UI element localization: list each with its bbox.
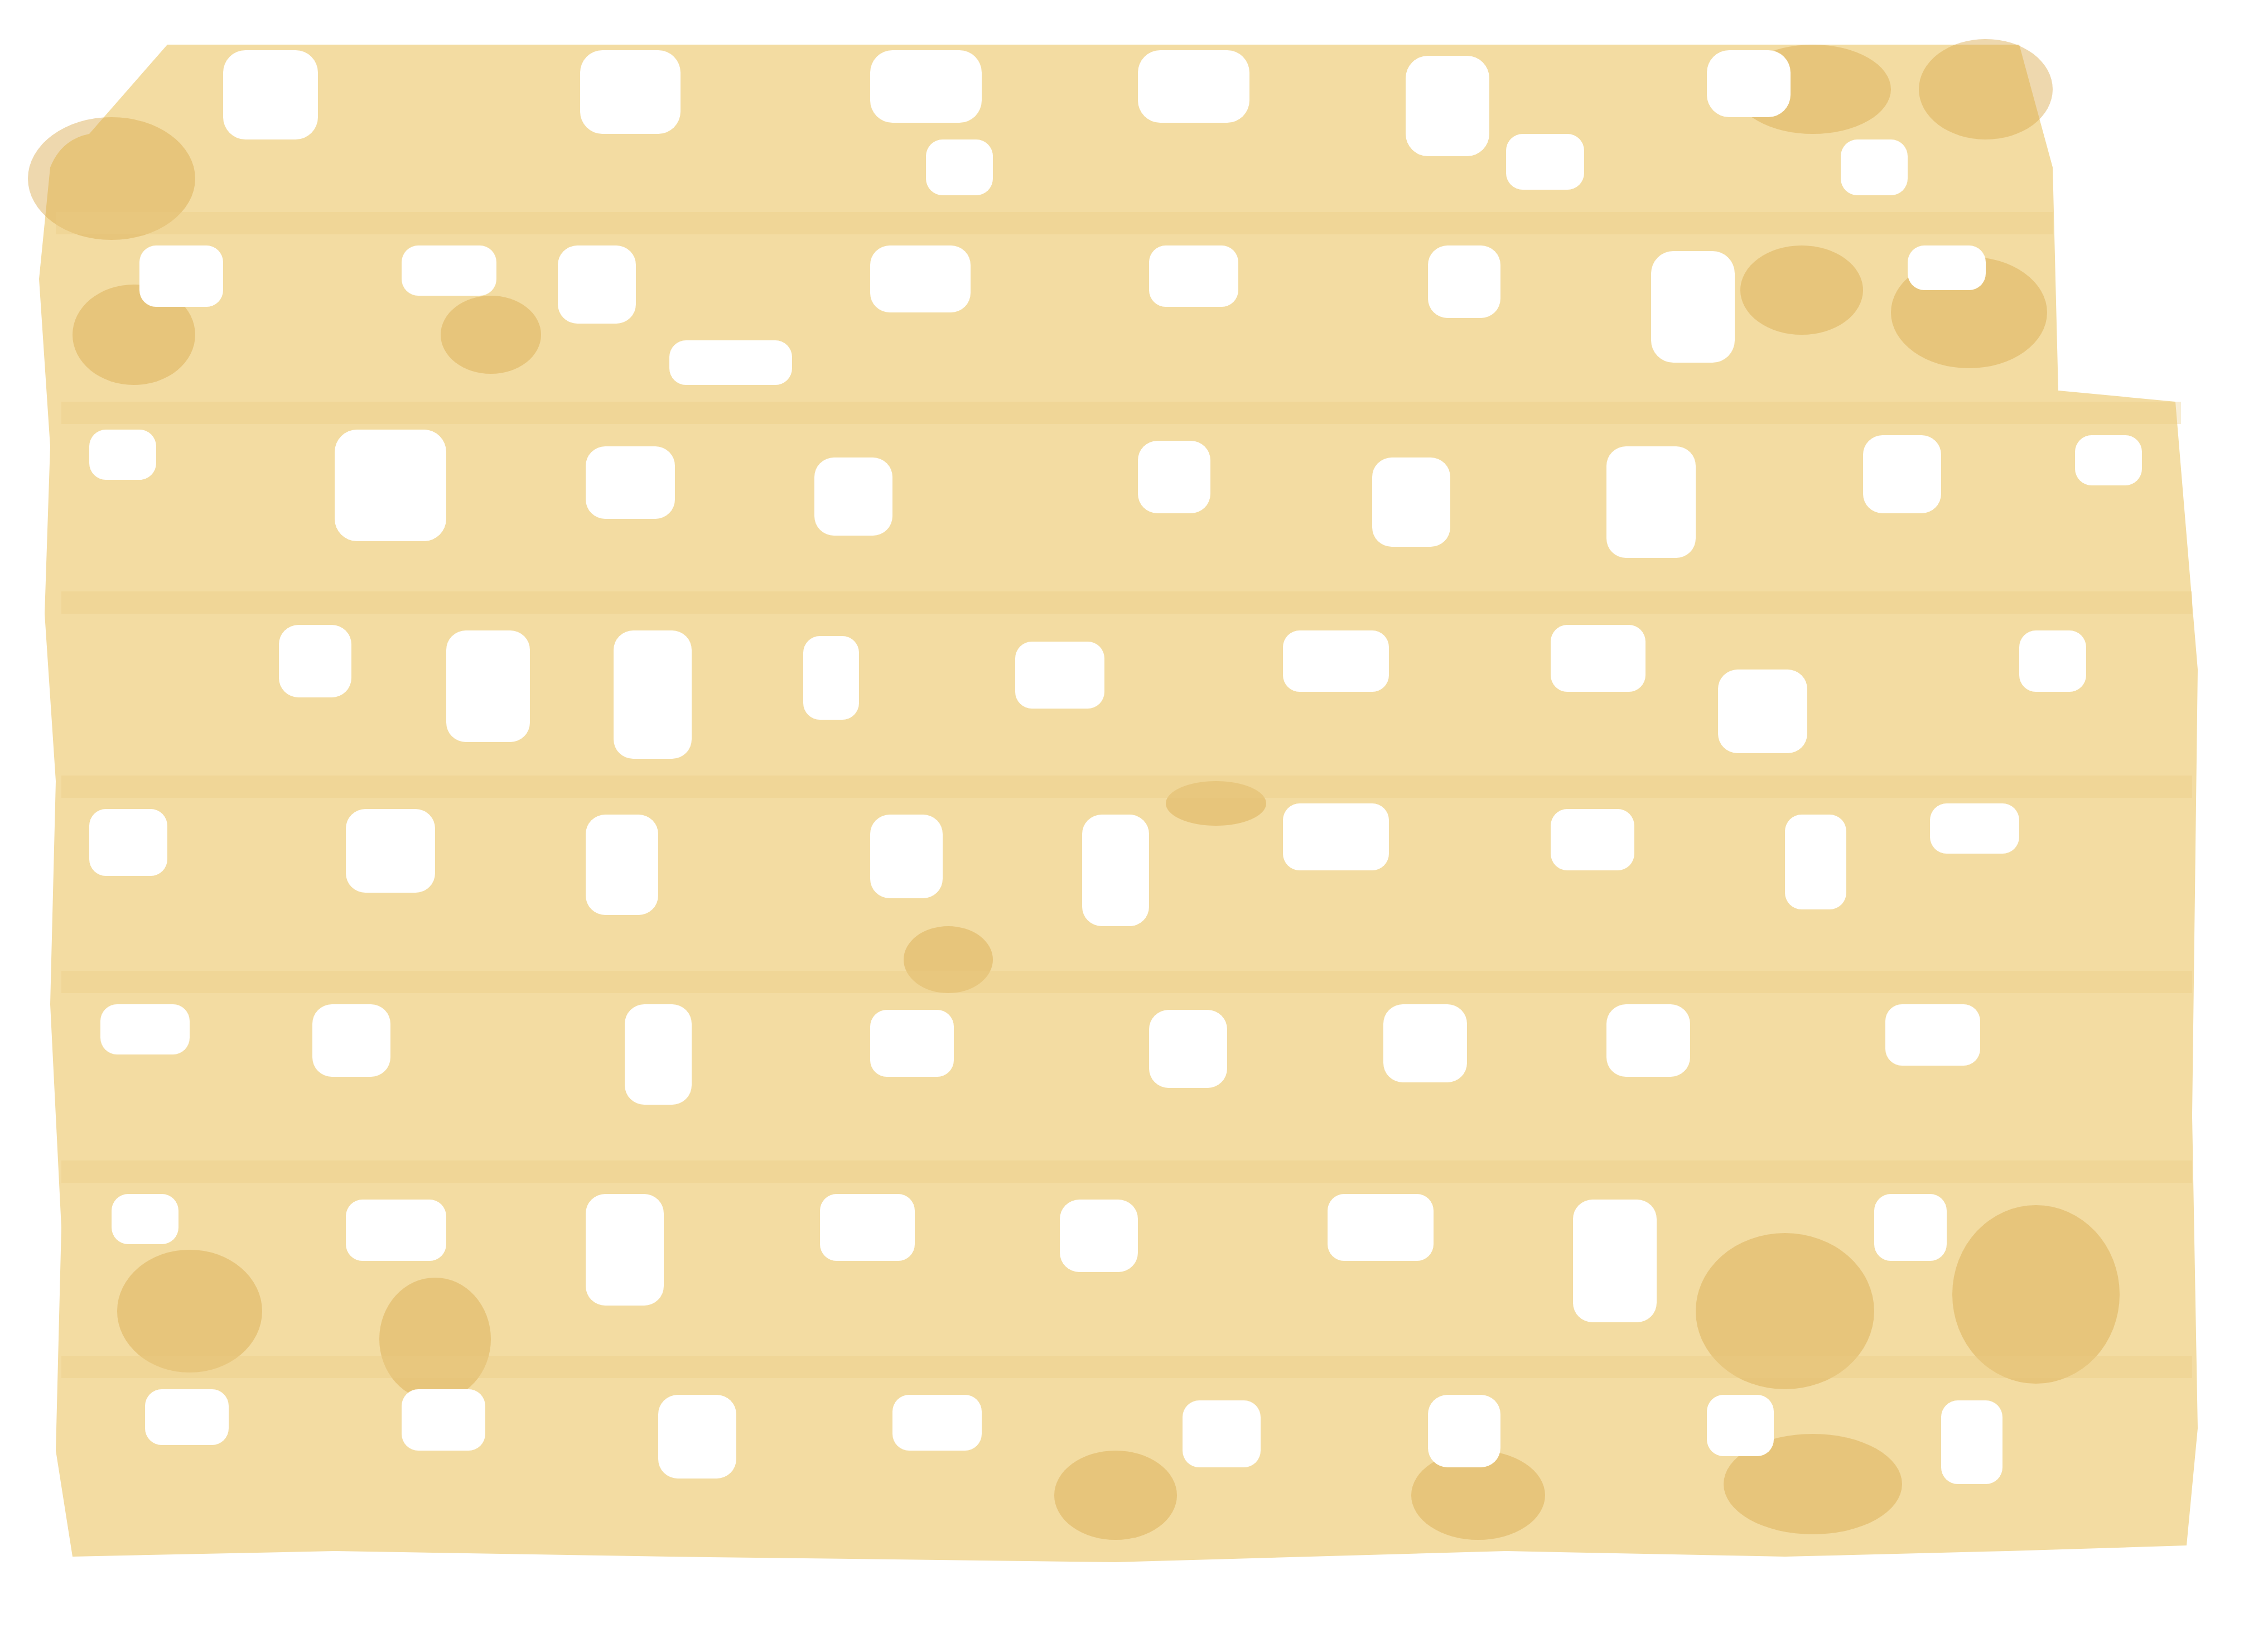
paper-sheet-illustration (0, 0, 2268, 1647)
paper-body (39, 45, 2198, 1562)
